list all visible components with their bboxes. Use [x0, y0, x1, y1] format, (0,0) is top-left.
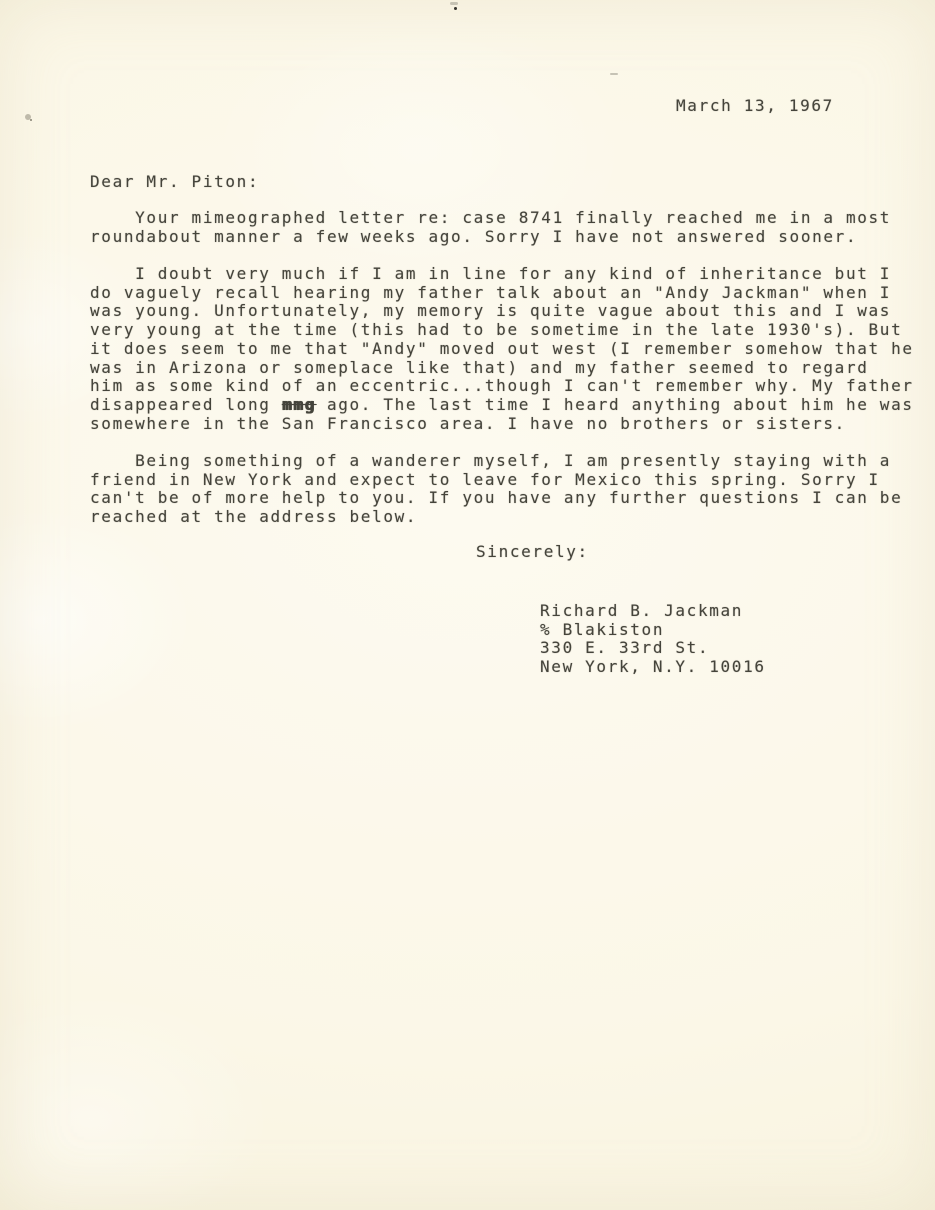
text-line: disappeared long mmg ago. The last time … [90, 396, 914, 415]
text-line: Richard B. Jackman [540, 602, 766, 621]
paragraph-3: Being something of a wanderer myself, I … [90, 452, 902, 527]
letter-date: March 13, 1967 [676, 97, 834, 116]
text-line: Your mimeographed letter re: case 8741 f… [90, 209, 891, 228]
closing: Sincerely: [476, 543, 589, 562]
ink-smudge [450, 2, 458, 5]
strikeout-text: mmg [282, 395, 316, 414]
text-line: him as some kind of an eccentric...thoug… [90, 377, 914, 396]
ink-speck [454, 7, 457, 10]
salutation: Dear Mr. Piton: [90, 173, 259, 192]
ink-speck [25, 114, 31, 120]
text-line: friend in New York and expect to leave f… [90, 471, 902, 490]
text-line: very young at the time (this had to be s… [90, 321, 914, 340]
text-line: New York, N.Y. 10016 [540, 658, 766, 677]
signature-block: Richard B. Jackman% Blakiston330 E. 33rd… [540, 602, 766, 677]
paragraph-2: I doubt very much if I am in line for an… [90, 265, 914, 433]
letter-page: March 13, 1967 Dear Mr. Piton: Your mime… [0, 0, 935, 1210]
text-line: can't be of more help to you. If you hav… [90, 489, 902, 508]
text-line: I doubt very much if I am in line for an… [90, 265, 914, 284]
text-line: Being something of a wanderer myself, I … [90, 452, 902, 471]
text-line: somewhere in the San Francisco area. I h… [90, 415, 914, 434]
ink-smudge [610, 73, 618, 75]
text-line: was young. Unfortunately, my memory is q… [90, 302, 914, 321]
text-line: 330 E. 33rd St. [540, 639, 766, 658]
text-line: it does seem to me that "Andy" moved out… [90, 340, 914, 359]
text-line: roundabout manner a few weeks ago. Sorry… [90, 228, 891, 247]
text-line: do vaguely recall hearing my father talk… [90, 284, 914, 303]
text-line: reached at the address below. [90, 508, 902, 527]
text-line: was in Arizona or someplace like that) a… [90, 359, 914, 378]
paragraph-1: Your mimeographed letter re: case 8741 f… [90, 209, 891, 246]
text-line: % Blakiston [540, 621, 766, 640]
